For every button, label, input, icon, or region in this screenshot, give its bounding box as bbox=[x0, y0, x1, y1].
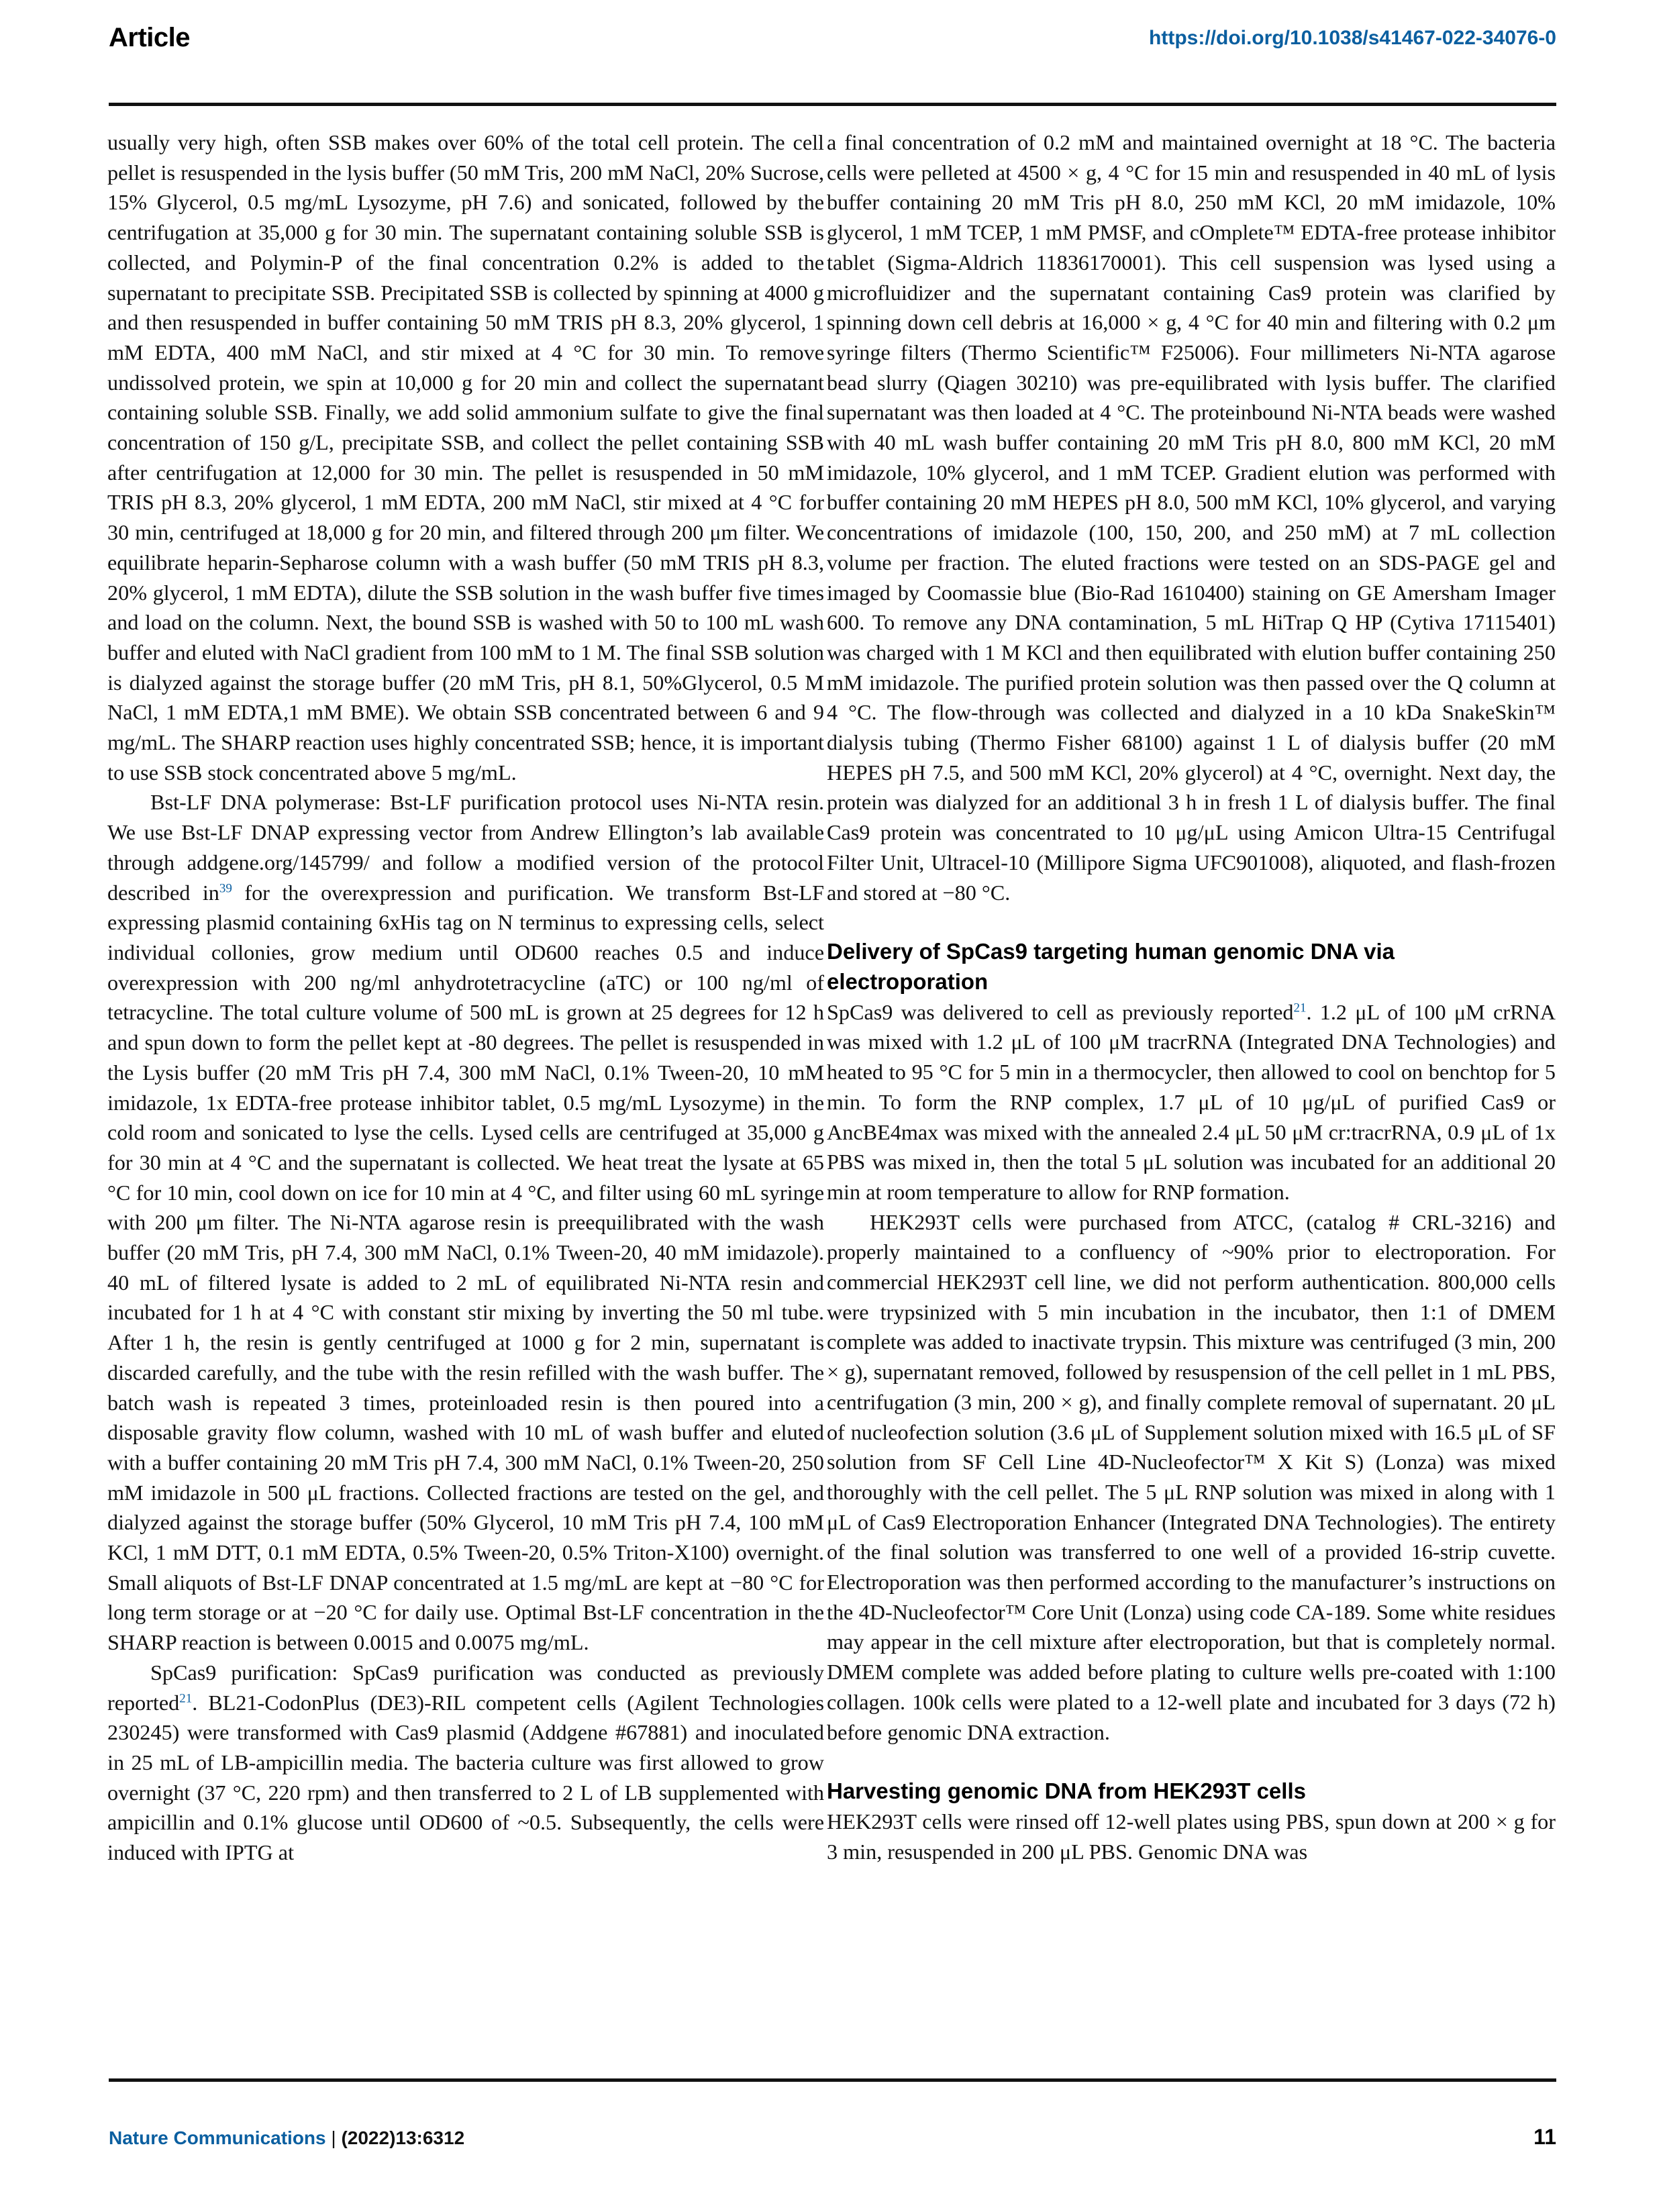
paragraph-delivery-rnp: SpCas9 was delivered to cell as previous… bbox=[827, 997, 1556, 1207]
paragraph-harvesting-gdna: HEK293T cells were rinsed off 12-well pl… bbox=[827, 1807, 1556, 1866]
paragraph-spcas9-purification-cont: a final concentration of 0.2 mM and main… bbox=[827, 128, 1556, 907]
page-number: 11 bbox=[1533, 2125, 1556, 2150]
footer-citation: (2022)13:6312 bbox=[341, 2127, 464, 2148]
left-column: usually very high, often SSB makes over … bbox=[107, 128, 824, 1868]
paragraph-spcas9-purification: SpCas9 purification: SpCas9 purification… bbox=[107, 1658, 824, 1868]
footer-separator: | bbox=[326, 2127, 342, 2148]
citation-ref-21[interactable]: 21 bbox=[1293, 1001, 1306, 1015]
section-heading-harvesting: Harvesting genomic DNA from HEK293T cell… bbox=[827, 1776, 1556, 1807]
right-column: a final concentration of 0.2 mM and main… bbox=[827, 128, 1556, 1866]
section-label: Article bbox=[109, 23, 190, 53]
paragraph-text: . 1.2 μL of 100 μM crRNA was mixed with … bbox=[827, 1000, 1556, 1204]
paragraph-text: for the overexpression and purification.… bbox=[107, 881, 824, 1655]
footer-journal-name: Nature Communications | (2022)13:6312 bbox=[109, 2127, 464, 2149]
section-heading-delivery: Delivery of SpCas9 targeting human genom… bbox=[827, 937, 1556, 997]
header-rule bbox=[109, 103, 1556, 106]
citation-ref-21[interactable]: 21 bbox=[179, 1691, 192, 1705]
journal-name: Nature Communications bbox=[109, 2127, 326, 2148]
footer-rule bbox=[109, 2078, 1556, 2082]
paragraph-bst-lf-purification: Bst-LF DNA polymerase: Bst-LF purificati… bbox=[107, 787, 824, 1657]
paragraph-text: . BL21-CodonPlus (DE3)-RIL competent cel… bbox=[107, 1691, 824, 1865]
paragraph-hek293t-electroporation: HEK293T cells were purchased from ATCC, … bbox=[827, 1207, 1556, 1748]
paragraph-text: SpCas9 was delivered to cell as previous… bbox=[827, 1000, 1293, 1024]
doi-link[interactable]: https://doi.org/10.1038/s41467-022-34076… bbox=[1149, 27, 1556, 50]
citation-ref-39[interactable]: 39 bbox=[219, 881, 232, 895]
paragraph-ssb-purification-cont: usually very high, often SSB makes over … bbox=[107, 128, 824, 787]
